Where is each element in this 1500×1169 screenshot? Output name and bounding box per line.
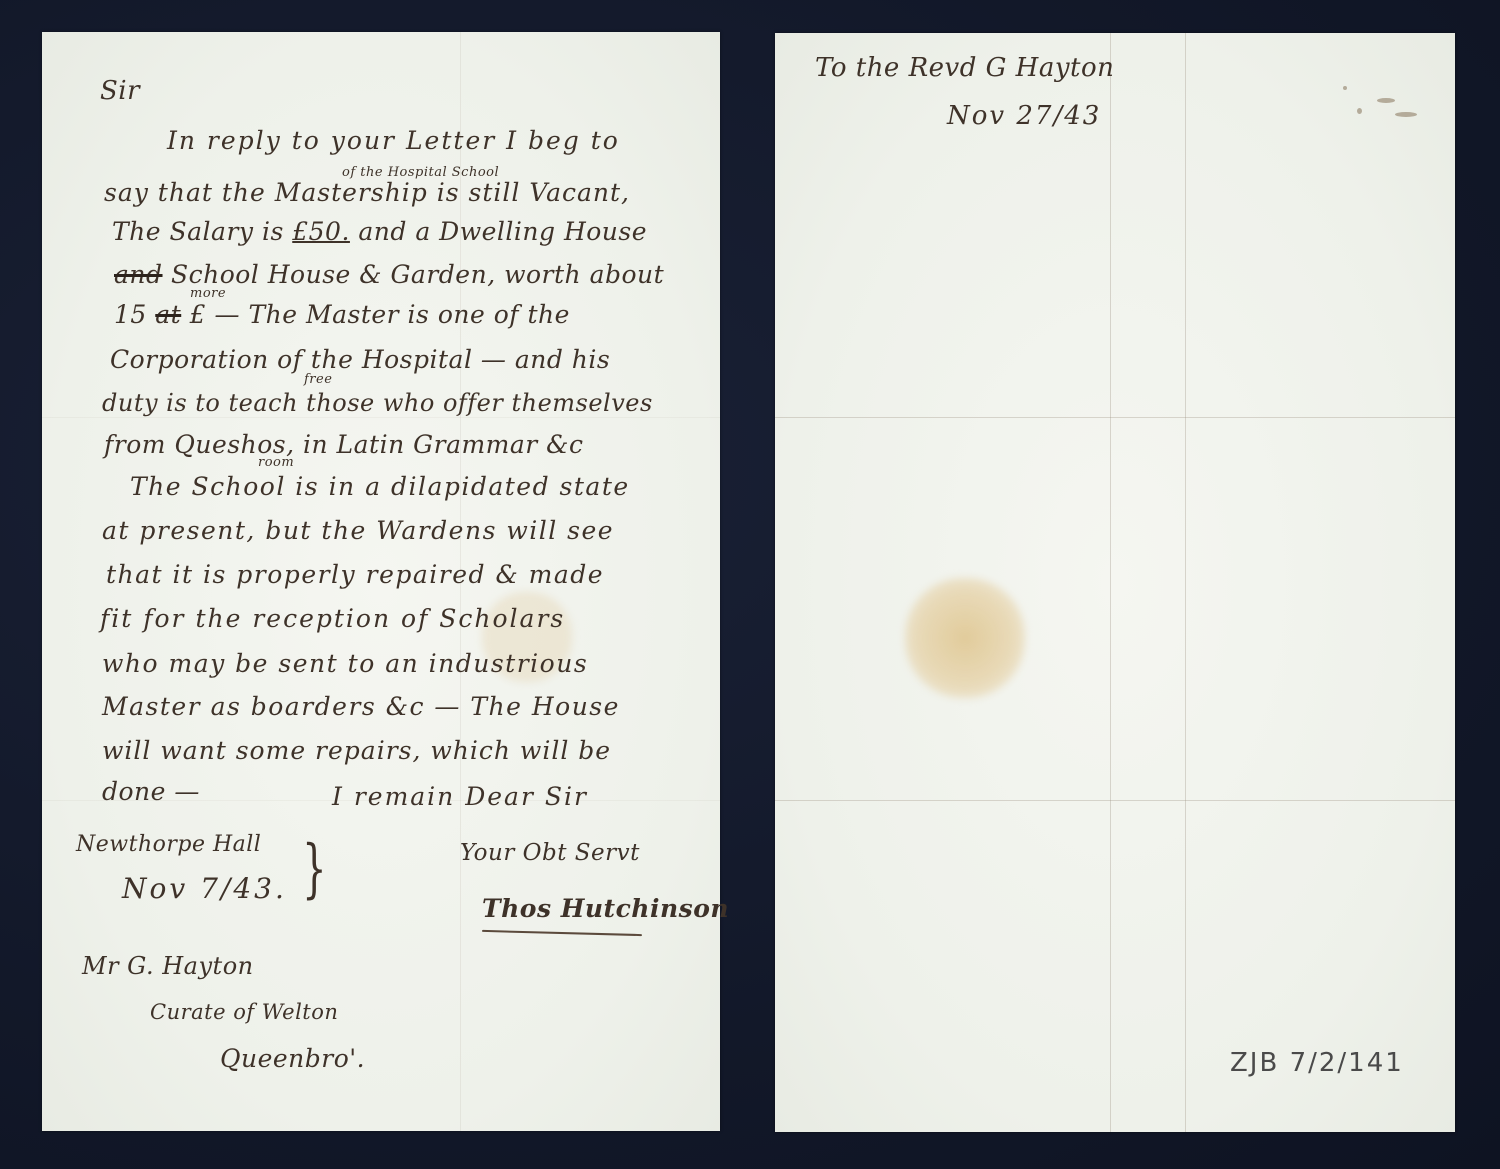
letter-line: duty is to teach those who offer themsel… (102, 389, 653, 417)
letter-line-text: School House & Garden, worth about (163, 260, 665, 289)
letter-line: from Queshos, in Latin Grammar &c (104, 430, 583, 459)
endorsement-date: Nov 27/43 (947, 101, 1101, 131)
brace-mark: } (302, 832, 326, 906)
letter-line: The School is in a dilapidated state (130, 472, 630, 501)
recipient-title: Curate of Welton (150, 1000, 338, 1024)
letter-line: say that the Mastership is still Vacant, (104, 178, 630, 207)
interlinear-insertion: free (304, 372, 332, 387)
recipient-name: Mr G. Hayton (82, 952, 254, 980)
interlinear-insertion: more (190, 286, 226, 301)
foxing-spot (1343, 86, 1347, 90)
letter-line: 15 at £ — The Master is one of the (114, 300, 570, 329)
letter-line: fit for the reception of Scholars (100, 604, 565, 633)
recipient-place: Queenbro'. (220, 1044, 365, 1073)
closing: Your Obt Servt (460, 840, 640, 866)
letter-line: who may be sent to an industrious (102, 649, 588, 678)
letter-line: and School House & Garden, worth about (114, 260, 664, 289)
water-stain (905, 578, 1025, 698)
foxing-spot (1395, 112, 1417, 117)
fold-crease (775, 417, 1455, 418)
fold-crease (775, 800, 1455, 801)
struck-word: at (155, 300, 181, 329)
letter-line-text: and a Dwelling House (350, 217, 647, 246)
letter-line: Corporation of the Hospital — and his (110, 345, 610, 374)
letter-date: Nov 7/43. (122, 872, 287, 905)
archive-reference: ZJB 7/2/141 (1230, 1048, 1404, 1078)
salary-amount: £50. (292, 217, 350, 246)
struck-word: and (114, 260, 163, 289)
letter-line-text: The Salary is (112, 217, 292, 246)
letter-line: at present, but the Wardens will see (102, 516, 614, 545)
letter-line-text: 15 (114, 300, 155, 329)
letter-line: The Salary is £50. and a Dwelling House (112, 217, 647, 246)
endorsement: To the Revd G Hayton (815, 53, 1114, 83)
letter-line-text: £ — The Master is one of the (181, 300, 570, 329)
foxing-spot (1357, 108, 1362, 114)
foxing-marks (1355, 88, 1435, 128)
letter-line: that it is properly repaired & made (106, 560, 604, 589)
fold-crease (42, 417, 720, 418)
salutation: Sir (100, 76, 140, 106)
letter-line: Master as boarders &c — The House (102, 692, 620, 721)
closing-line: I remain Dear Sir (332, 782, 588, 811)
signature: Thos Hutchinson (482, 894, 729, 923)
fold-crease (1185, 33, 1186, 1132)
letter-page-right: To the Revd G Hayton Nov 27/43 ZJB 7/2/1… (775, 33, 1455, 1132)
letter-line: In reply to your Letter I beg to (167, 126, 620, 155)
interlinear-insertion: room (258, 455, 294, 470)
foxing-spot (1377, 98, 1395, 103)
letter-line: done — (102, 777, 200, 806)
sender-place: Newthorpe Hall (76, 832, 261, 857)
signature-underline (482, 930, 642, 936)
fold-crease (1110, 33, 1111, 1132)
letter-page-left: Sir In reply to your Letter I beg to of … (42, 32, 720, 1131)
letter-line: will want some repairs, which will be (102, 736, 611, 765)
